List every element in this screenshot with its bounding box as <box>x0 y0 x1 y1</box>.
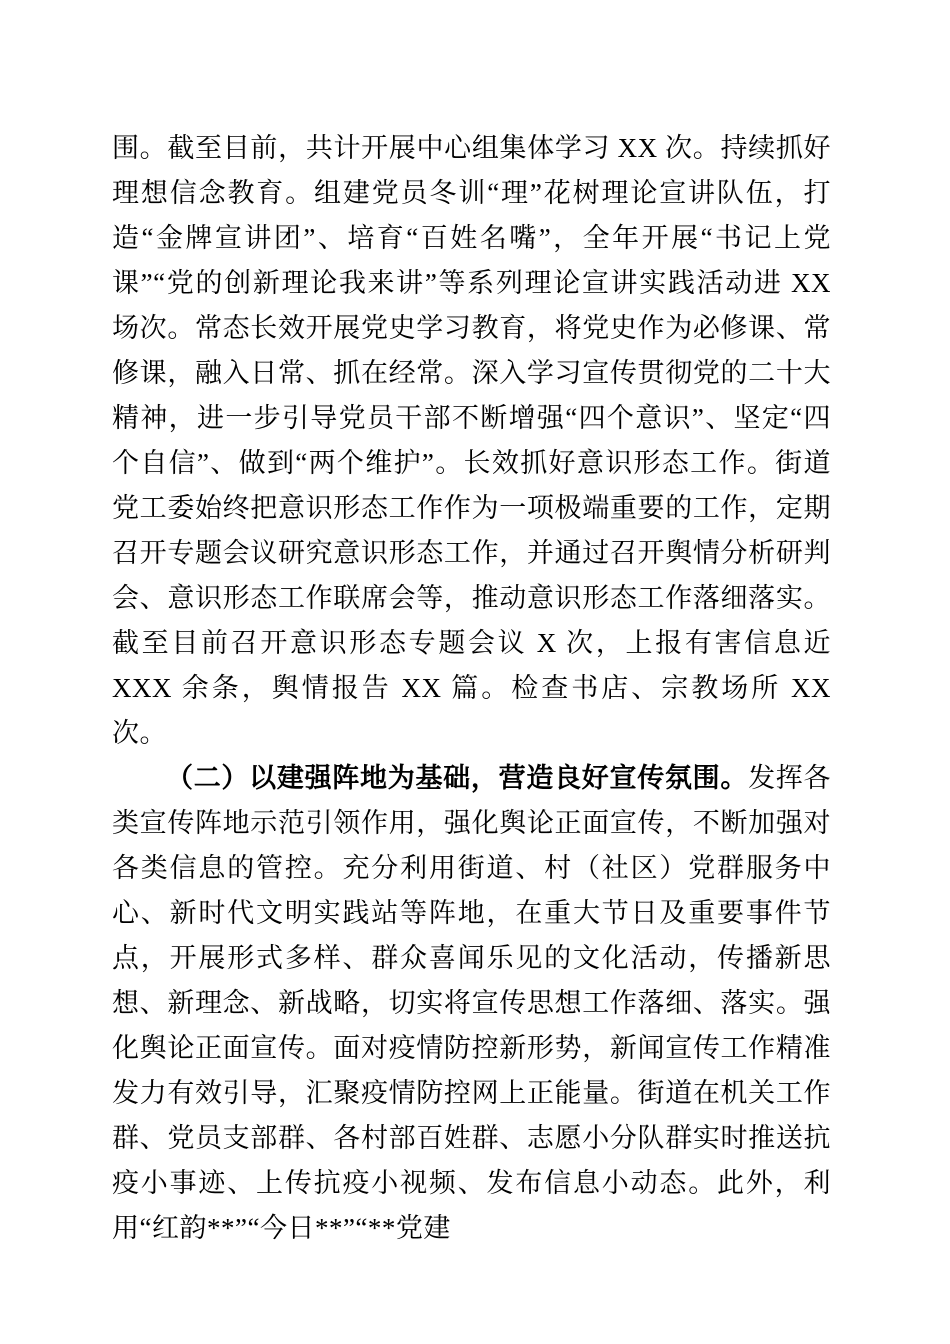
text-segment: 发挥各类宣传阵地示范引领作用，强化舆论正面宣传，不断加强对各类信息的管控。充分利… <box>112 763 831 1243</box>
document-page: 围。截至目前，共计开展中心组集体学习 XX 次。持续抓好理想信念教育。组建党员冬… <box>0 0 950 1344</box>
paragraph: 围。截至目前，共计开展中心组集体学习 XX 次。持续抓好理想信念教育。组建党员冬… <box>112 126 831 756</box>
section-heading: （二）以建强阵地为基础，营造良好宣传氛围。 <box>166 763 748 793</box>
paragraph: （二）以建强阵地为基础，营造良好宣传氛围。发挥各类宣传阵地示范引领作用，强化舆论… <box>112 756 831 1251</box>
text-segment: 围。截至目前，共计开展中心组集体学习 XX 次。持续抓好理想信念教育。组建党员冬… <box>112 133 831 748</box>
document-body: 围。截至目前，共计开展中心组集体学习 XX 次。持续抓好理想信念教育。组建党员冬… <box>112 126 831 1251</box>
